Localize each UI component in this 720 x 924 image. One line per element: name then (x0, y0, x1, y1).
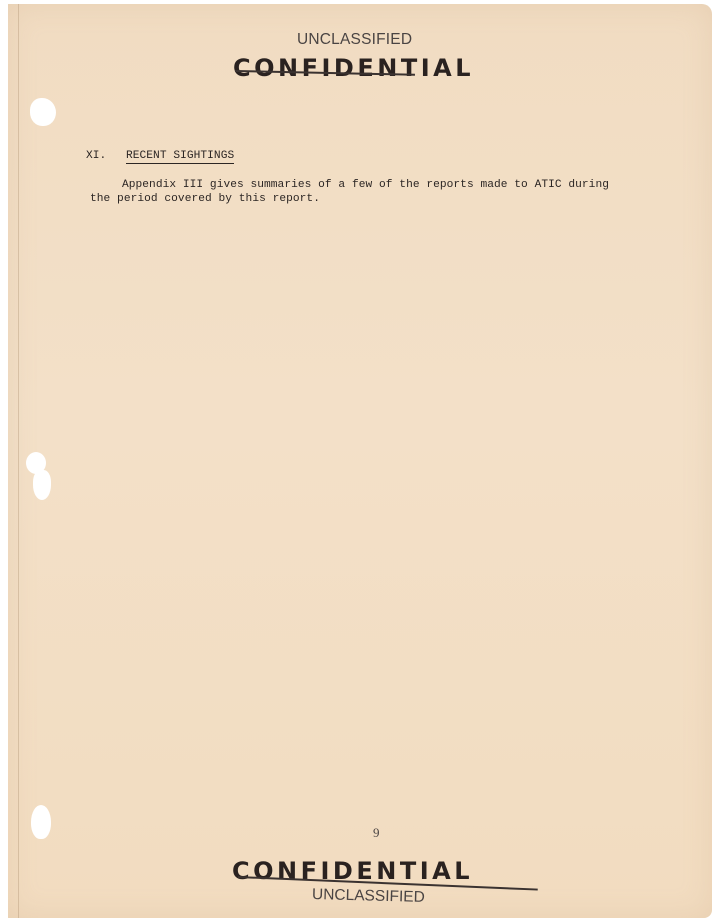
unclassified-marking-top: UNCLASSIFIED (297, 31, 412, 49)
paragraph-line: the period covered by this report. (90, 193, 320, 205)
document-page (8, 4, 712, 918)
punch-hole-bottom (31, 805, 51, 839)
punch-hole-middle-tail (33, 470, 51, 500)
confidential-stamp-top: CONFIDENTIAL (233, 54, 474, 82)
page-number: 9 (373, 825, 380, 841)
unclassified-marking-bottom: UNCLASSIFIED (312, 886, 425, 907)
section-number: XI. (86, 150, 106, 162)
section-title: RECENT SIGHTINGS (126, 150, 234, 164)
binding-line (18, 4, 19, 918)
punch-hole-top (30, 98, 56, 126)
paragraph-line: Appendix III gives summaries of a few of… (122, 179, 609, 191)
